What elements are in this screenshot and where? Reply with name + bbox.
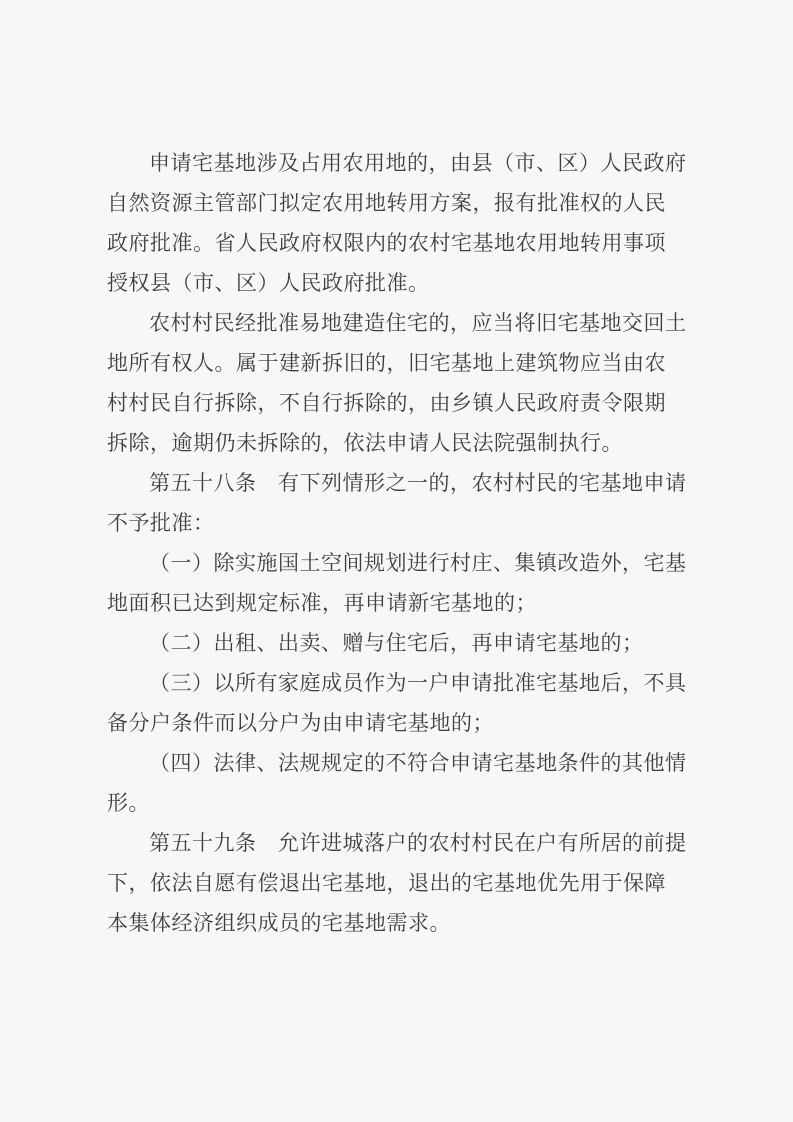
paragraph-article-58-item-3: （三）以所有家庭成员作为一户申请批准宅基地后，不具备分户条件而以分户为由申请宅基… [107, 663, 687, 743]
paragraph-article-58-item-4: （四）法律、法规规定的不符合申请宅基地条件的其他情形。 [107, 743, 687, 823]
paragraph-relocation-return-old-homestead: 农村村民经批准易地建造住宅的，应当将旧宅基地交回土地所有权人。属于建新拆旧的，旧… [107, 303, 687, 463]
paragraph-article-58-item-1: （一）除实施国土空间规划进行村庄、集镇改造外，宅基地面积已达到规定标准，再申请新… [107, 543, 687, 623]
document-body-text: 申请宅基地涉及占用农用地的，由县（市、区）人民政府自然资源主管部门拟定农用地转用… [107, 143, 687, 943]
paragraph-article-58-item-2: （二）出租、出卖、赠与住宅后，再申请宅基地的； [107, 623, 687, 663]
document-page: 申请宅基地涉及占用农用地的，由县（市、区）人民政府自然资源主管部门拟定农用地转用… [0, 0, 793, 1122]
paragraph-article-59: 第五十九条 允许进城落户的农村村民在户有所居的前提下，依法自愿有偿退出宅基地，退… [107, 823, 687, 943]
paragraph-farmland-conversion-approval: 申请宅基地涉及占用农用地的，由县（市、区）人民政府自然资源主管部门拟定农用地转用… [107, 143, 687, 303]
paragraph-article-58-lead: 第五十八条 有下列情形之一的，农村村民的宅基地申请不予批准： [107, 463, 687, 543]
